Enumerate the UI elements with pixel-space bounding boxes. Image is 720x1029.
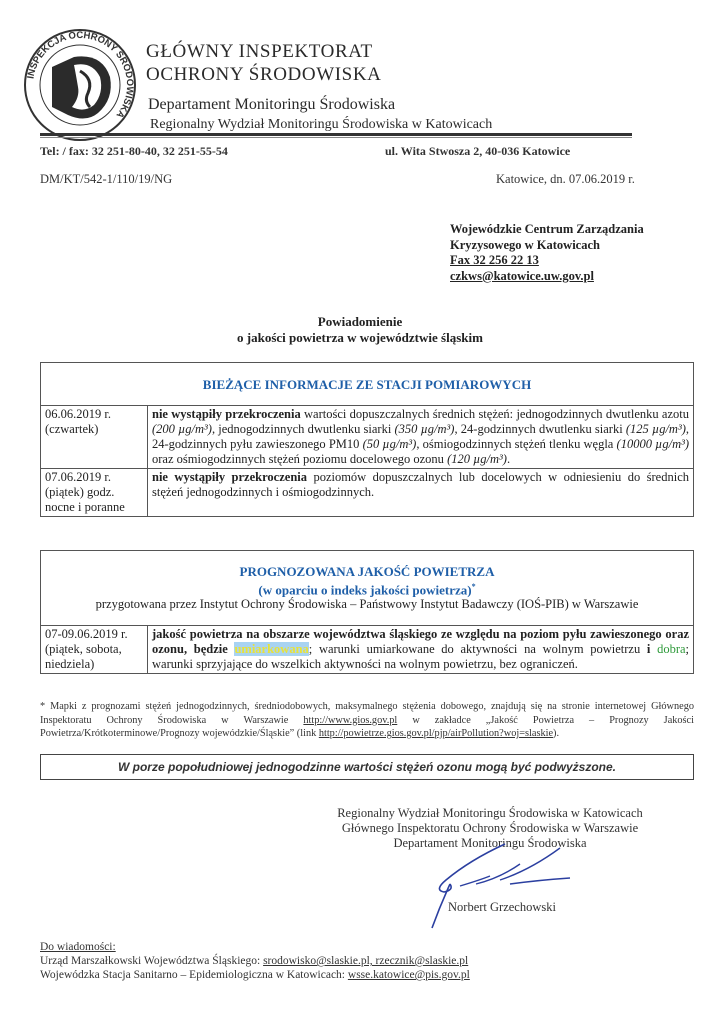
desc-text: ; warunki umiarkowane do aktywności na w… xyxy=(309,642,647,656)
forecast-heading: PROGNOZOWANA JAKOŚĆ POWIETRZA xyxy=(45,564,689,579)
forecast-source: przygotowana przez Instytut Ochrony Środ… xyxy=(45,597,689,612)
limit-value: (350 µg/m³) xyxy=(395,422,455,436)
desc-text: wartości dopuszczalnych średnich stężeń:… xyxy=(301,407,689,421)
row-date: 07-09.06.2019 r. (piątek, sobota, niedzi… xyxy=(41,626,148,674)
org-line-2: OCHRONY ŚRODOWISKA xyxy=(146,63,381,86)
footnote-marker: * xyxy=(472,582,476,591)
desc-text: , jednogodzinnych dwutlenku siarki xyxy=(212,422,395,436)
desc-text: , 24-godzinnych dwutlenku siarki xyxy=(454,422,625,436)
forecast-subheading: (w oparciu o indeks jakości powietrza) xyxy=(258,582,471,597)
cc-block: Do wiadomości: Urząd Marszałkowski Wojew… xyxy=(40,940,470,982)
header-divider-thin xyxy=(40,137,632,138)
forecast-heading-cell: PROGNOZOWANA JAKOŚĆ POWIETRZA (w oparciu… xyxy=(41,551,694,626)
forecast-table: PROGNOZOWANA JAKOŚĆ POWIETRZA (w oparciu… xyxy=(40,550,694,674)
row-date: 06.06.2019 r. (czwartek) xyxy=(41,406,148,469)
date-text: 06.06.2019 r. xyxy=(45,407,143,422)
recipient-email-link[interactable]: czkws@katowice.uw.gov.pl xyxy=(450,269,644,285)
cc-recipient: Urząd Marszałkowski Województwa Śląskieg… xyxy=(40,955,263,967)
air-pollution-link[interactable]: http://powietrze.gios.gov.pl/pjp/airPoll… xyxy=(319,728,553,739)
row-description: nie wystąpiły przekroczenia poziomów dop… xyxy=(148,469,694,517)
day-text: (czwartek) xyxy=(45,422,143,437)
header-divider xyxy=(40,133,632,136)
document-title: Powiadomienie o jakości powietrza w woje… xyxy=(0,314,720,346)
recipient-block: Wojewódzkie Centrum Zarządzania Kryzysow… xyxy=(450,222,644,284)
recipient-line-1: Wojewódzkie Centrum Zarządzania xyxy=(450,222,644,238)
cc-line-1: Urząd Marszałkowski Województwa Śląskieg… xyxy=(40,954,470,968)
limit-value: (120 µg/m³) xyxy=(447,452,507,466)
status-bold: nie wystąpiły przekroczenia xyxy=(152,407,301,421)
quality-level-moderate: umiarkowana xyxy=(234,642,308,656)
regional-unit-name: Regionalny Wydział Monitoringu Środowisk… xyxy=(150,117,492,133)
row-description: jakość powietrza na obszarze województwa… xyxy=(148,626,694,674)
limit-value: (10000 µg/m³) xyxy=(617,437,689,451)
title-line-1: Powiadomienie xyxy=(0,314,720,330)
department-name: Departament Monitoringu Środowiska xyxy=(148,96,395,114)
cc-email-link[interactable]: srodowisko@slaskie.pl, rzecznik@slaskie.… xyxy=(263,955,468,967)
cc-line-2: Wojewódzka Stacja Sanitarno – Epidemiolo… xyxy=(40,968,470,982)
organization-name: GŁÓWNY INSPEKTORAT OCHRONY ŚRODOWISKA xyxy=(146,40,381,86)
ozone-notice: W porze popołudniowej jednogodzinne wart… xyxy=(40,754,694,780)
cc-label: Do wiadomości: xyxy=(40,940,470,954)
signature-line-2: Głównego Inspektoratu Ochrony Środowiska… xyxy=(330,821,650,836)
current-info-heading: BIEŻĄCE INFORMACJE ZE STACJI POMIAROWYCH xyxy=(41,363,694,406)
reference-number: DM/KT/542-1/110/19/NG xyxy=(40,172,172,187)
gios-logo-icon: INSPEKCJA OCHRONY ŚRODOWISKA xyxy=(22,27,138,143)
gios-link[interactable]: http://www.gios.gov.pl xyxy=(303,715,397,726)
day-text: (piątek) godz. nocne i poranne xyxy=(45,485,143,515)
cc-recipient: Wojewódzka Stacja Sanitarno – Epidemiolo… xyxy=(40,969,348,981)
table-row: 07-09.06.2019 r. (piątek, sobota, niedzi… xyxy=(41,626,694,674)
limit-value: (50 µg/m³) xyxy=(363,437,417,451)
desc-text: , ośmiogodzinnych stężeń tlenku węgla xyxy=(416,437,616,451)
recipient-fax: Fax 32 256 22 13 xyxy=(450,253,644,269)
date-text: 07.06.2019 r. xyxy=(45,470,143,485)
desc-text: . xyxy=(507,452,510,466)
row-description: nie wystąpiły przekroczenia wartości dop… xyxy=(148,406,694,469)
contact-phone: Tel: / fax: 32 251-80-40, 32 251-55-54 xyxy=(40,144,228,159)
footnote-text: ). xyxy=(553,728,559,739)
document-date: Katowice, dn. 07.06.2019 r. xyxy=(496,172,635,187)
desc-text: oraz ośmiogodzinnych stężeń poziomu doce… xyxy=(152,452,447,466)
signature-line-1: Regionalny Wydział Monitoringu Środowisk… xyxy=(330,806,650,821)
title-line-2: o jakości powietrza w województwie śląsk… xyxy=(0,330,720,346)
date-text: 07-09.06.2019 r. xyxy=(45,627,143,642)
table-row: 07.06.2019 r. (piątek) godz. nocne i por… xyxy=(41,469,694,517)
day-text: (piątek, sobota, niedziela) xyxy=(45,642,143,672)
current-info-table: BIEŻĄCE INFORMACJE ZE STACJI POMIAROWYCH… xyxy=(40,362,694,517)
status-bold: nie wystąpiły przekroczenia xyxy=(152,470,307,484)
desc-conj: i xyxy=(647,642,650,656)
limit-value: (200 µg/m³) xyxy=(152,422,212,436)
limit-value: (125 µg/m³) xyxy=(626,422,686,436)
org-line-1: GŁÓWNY INSPEKTORAT xyxy=(146,40,381,63)
table-row: 06.06.2019 r. (czwartek) nie wystąpiły p… xyxy=(41,406,694,469)
row-date: 07.06.2019 r. (piątek) godz. nocne i por… xyxy=(41,469,148,517)
cc-email-link[interactable]: wsse.katowice@pis.gov.pl xyxy=(348,969,470,981)
contact-address: ul. Wita Stwosza 2, 40-036 Katowice xyxy=(385,144,570,159)
quality-level-good: dobra xyxy=(657,642,685,656)
signatory-name: Norbert Grzechowski xyxy=(448,900,556,915)
footnote: * Mapki z prognozami stężeń jednogodzinn… xyxy=(40,700,694,741)
recipient-line-2: Kryzysowego w Katowicach xyxy=(450,238,644,254)
handwritten-signature-icon xyxy=(410,840,610,930)
